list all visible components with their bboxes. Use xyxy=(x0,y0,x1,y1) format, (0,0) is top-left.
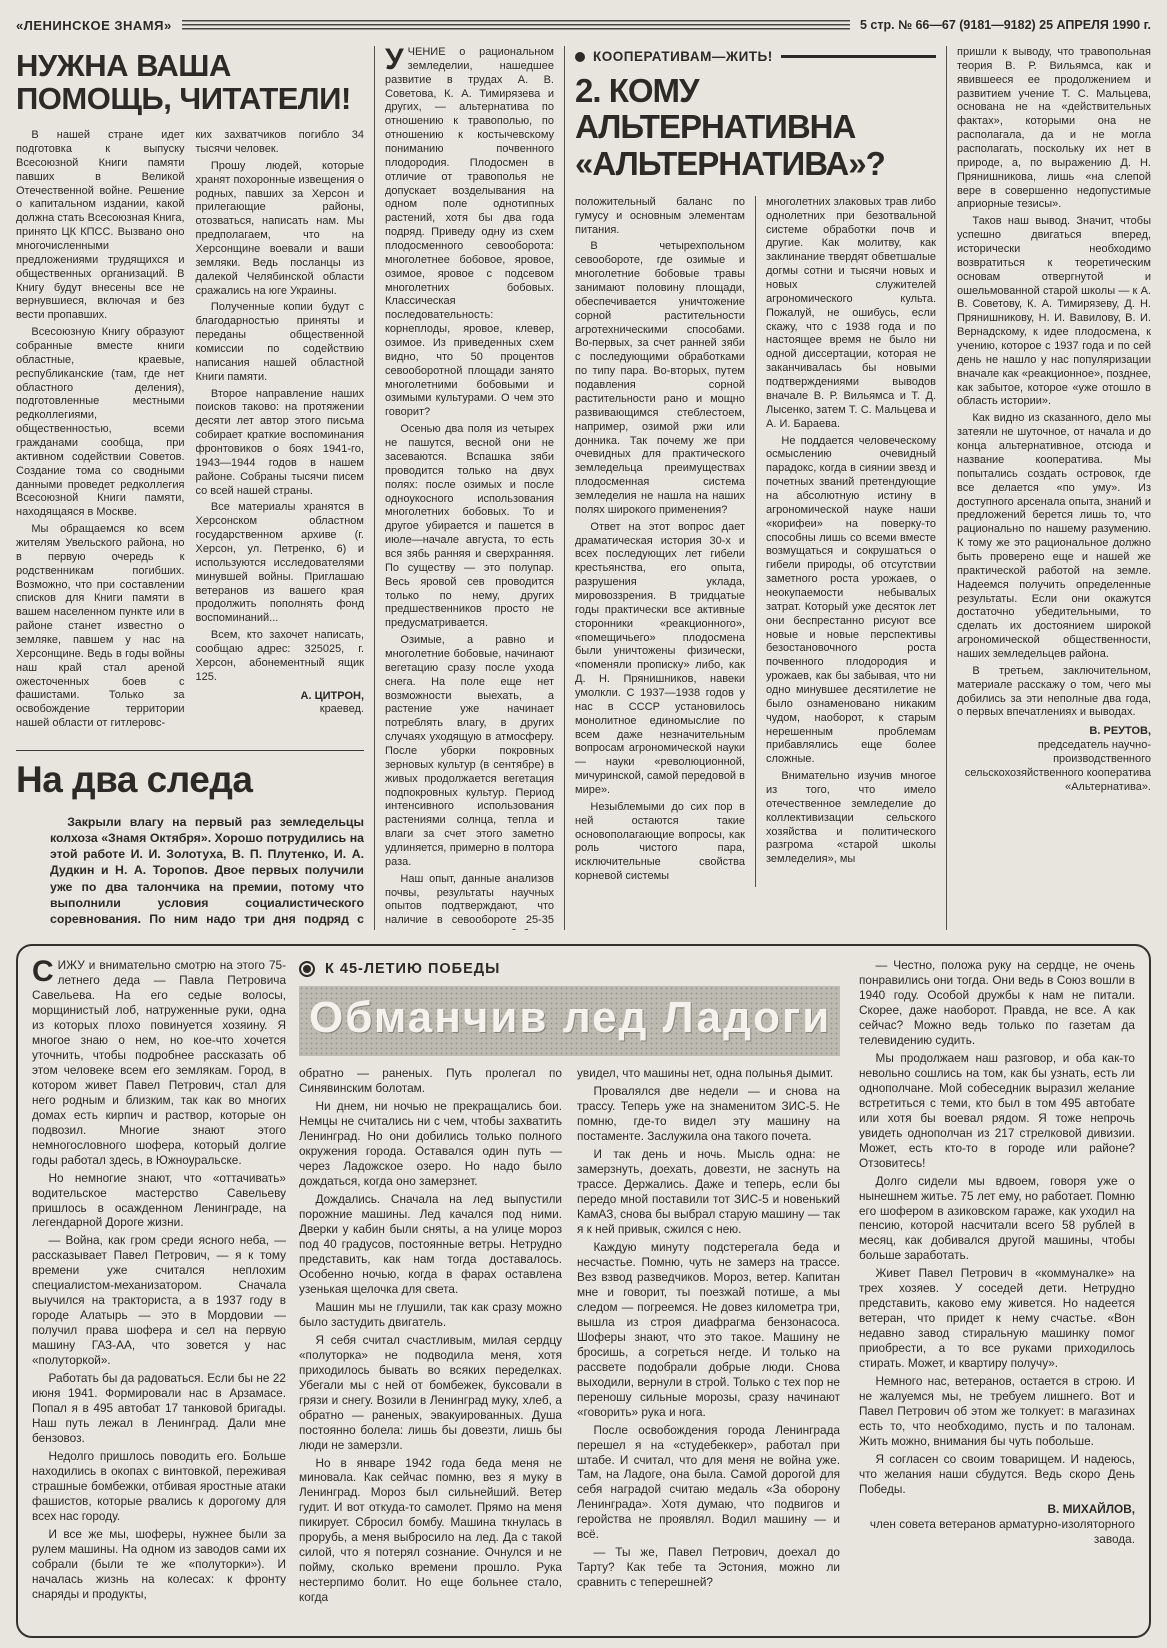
dropcap-letter: У xyxy=(385,46,408,73)
article-alt-col3: многолетних злаковых трав либо однолетни… xyxy=(755,196,936,887)
article-help-col2-text: ких захватчиков погибло 34 тысячи челове… xyxy=(196,129,365,685)
paragraph: Машин мы не глушили, так как сразу можно… xyxy=(299,1300,562,1330)
lead-paragraph: УЧЕНИЕ о рациональном земледелии, нашедш… xyxy=(385,46,554,420)
article-sled-title: На два следа xyxy=(16,757,364,804)
page-info: 5 стр. № 66—67 (9181—9182) 25 АПРЕЛЯ 199… xyxy=(860,18,1151,32)
article-alt-kicker-label: КООПЕРАТИВАМ—ЖИТЬ! xyxy=(593,48,773,65)
article-lake-kicker: К 45-ЛЕТИЮ ПОБЕДЫ xyxy=(299,960,840,978)
paragraph: — Честно, положа руку на сердце, не очен… xyxy=(859,958,1135,1048)
article-alt-main: КООПЕРАТИВАМ—ЖИТЬ! 2. КОМУ АЛЬТЕРНАТИВНА… xyxy=(564,46,936,930)
masthead: «ЛЕНИНСКОЕ ЗНАМЯ» 5 стр. № 66—67 (9181—9… xyxy=(16,8,1151,42)
newspaper-nameplate: «ЛЕНИНСКОЕ ЗНАМЯ» xyxy=(16,18,172,33)
paragraph: ких захватчиков погибло 34 тысячи челове… xyxy=(196,129,365,157)
article-alt-col4: пришли к выводу, что травопольная теория… xyxy=(946,46,1151,930)
paragraph: Всесоюзную Книгу образуют собранные вмес… xyxy=(16,326,185,520)
signature-name: А. ЦИТРОН, xyxy=(301,690,364,702)
article-lake-middle: К 45-ЛЕТИЮ ПОБЕДЫ Обманчив лед Ладоги об… xyxy=(286,958,853,1624)
paragraph: — Война, как гром среди ясного неба, — р… xyxy=(32,1233,286,1368)
paragraph: Дождались. Сначала на лед выпустили поро… xyxy=(299,1192,562,1297)
paragraph: Недолго пришлось поводить его. Больше на… xyxy=(32,1449,286,1524)
paragraph: Всем, кто захочет написать, сообщаю адре… xyxy=(196,629,365,684)
article-alt-columns: положительный баланс по гумусу и основны… xyxy=(575,196,936,887)
paragraph: Я себя считал счастливым, милая сердцу «… xyxy=(299,1333,562,1453)
signature-role: краевед. xyxy=(320,703,364,715)
paragraph: Долго сидели мы вдвоем, говоря уже о нын… xyxy=(859,1174,1135,1264)
paragraph: И все же мы, шоферы, нужнее были за руле… xyxy=(32,1527,286,1602)
masthead-rule xyxy=(182,20,850,31)
dropcap-letter: С xyxy=(32,958,58,985)
paragraph: И так день и ночь. Мысль одна: не замерз… xyxy=(577,1147,840,1237)
paragraph: Второе направление наших поисков таково:… xyxy=(196,388,365,499)
paragraph: Но в январе 1942 года беда меня не минов… xyxy=(299,1456,562,1606)
article-help-col2: ких захватчиков погибло 34 тысячи челове… xyxy=(196,129,365,734)
paragraph: Каждую минуту подстерегала беда и несчас… xyxy=(577,1240,840,1420)
paragraph: Ответ на этот вопрос дает драматическая … xyxy=(575,521,745,798)
article-sled-body: Закрыли влагу на первый раз земледельцы … xyxy=(16,814,364,930)
article-lake-col2: обратно — раненых. Путь пролегал по Синя… xyxy=(299,1066,562,1608)
paragraph: Немного нас, ветеранов, остается в строю… xyxy=(859,1374,1135,1449)
article-alt-col4-text: пришли к выводу, что травопольная теория… xyxy=(957,46,1151,720)
paragraph: обратно — раненых. Путь пролегал по Синя… xyxy=(299,1066,562,1096)
article-help: НУЖНА ВАША ПОМОЩЬ, ЧИТАТЕЛИ! В нашей стр… xyxy=(16,46,364,930)
newspaper-page: «ЛЕНИНСКОЕ ЗНАМЯ» 5 стр. № 66—67 (9181—9… xyxy=(0,0,1167,1648)
article-help-col1: В нашей стране идет подготовка к выпуску… xyxy=(16,129,185,734)
paragraph: Не поддается человеческому осмыслению оч… xyxy=(766,435,936,768)
paragraph: Мы продолжаем наш разговор, и оба как-то… xyxy=(859,1051,1135,1171)
paragraph: После освобождения города Ленинграда пер… xyxy=(577,1423,840,1543)
paragraph: положительный баланс по гумусу и основны… xyxy=(575,196,745,238)
paragraph: В третьем, заключительном, материале рас… xyxy=(957,665,1151,720)
article-lake: СИЖУ и внимательно смотрю на этого 75-ле… xyxy=(16,944,1151,1638)
article-alt-kicker: КООПЕРАТИВАМ—ЖИТЬ! xyxy=(575,48,936,65)
article-lake-col3: увидел, что машины нет, одна полынья дым… xyxy=(577,1066,840,1608)
lead-paragraph: СИЖУ и внимательно смотрю на этого 75-ле… xyxy=(32,958,286,1168)
paragraph: Но немногие знают, что «оттачивать» води… xyxy=(32,1171,286,1231)
article-sled: На два следа Закрыли влагу на первый раз… xyxy=(16,750,364,930)
article-lake-columns: обратно — раненых. Путь пролегал по Синя… xyxy=(299,1066,840,1608)
signature-role: член совета ветеранов арматурно-изолятор… xyxy=(870,1517,1135,1546)
article-alt-signature: В. РЕУТОВ, председатель научно-производс… xyxy=(957,725,1151,794)
article-alt-col1-text: Осенью два поля из четырех не пашутся, в… xyxy=(385,423,554,930)
article-lake-title: Обманчив лед Ладоги xyxy=(299,986,840,1056)
paragraph: Провалялся две недели — и снова на трасс… xyxy=(577,1084,840,1144)
paragraph: В четырехпольном севообороте, где озимые… xyxy=(575,240,745,517)
paragraph: многолетних злаковых трав либо однолетни… xyxy=(766,196,936,432)
lead-text: ЧЕНИЕ о рациональном земледелии, нашедше… xyxy=(385,46,554,418)
article-alt-col2: положительный баланс по гумусу и основны… xyxy=(575,196,745,887)
paragraph: Работать бы да радоваться. Если бы не 22… xyxy=(32,1371,286,1446)
paragraph: Все материалы хранятся в Херсонском обла… xyxy=(196,501,365,626)
article-lake-col4: — Честно, положа руку на сердце, не очен… xyxy=(853,958,1135,1624)
article-help-columns: В нашей стране идет подготовка к выпуску… xyxy=(16,129,364,734)
paragraph: Как видно из сказанного, дело мы затеяли… xyxy=(957,412,1151,661)
paragraph: Таков наш вывод. Значит, чтобы успешно д… xyxy=(957,215,1151,409)
article-help-signature: А. ЦИТРОН, краевед. xyxy=(196,690,365,718)
article-alt-title: 2. КОМУ АЛЬТЕРНАТИВНА «АЛЬТЕРНАТИВА»? xyxy=(575,73,936,182)
signature-name: В. РЕУТОВ, xyxy=(1089,725,1151,737)
paragraph: Ни днем, ни ночью не прекращались бои. Н… xyxy=(299,1099,562,1189)
paragraph: Озимые, а равно и многолетние бобовые, н… xyxy=(385,634,554,870)
article-lake-col4-text: — Честно, положа руку на сердце, не очен… xyxy=(859,958,1135,1497)
paragraph: пришли к выводу, что травопольная теория… xyxy=(957,46,1151,212)
paragraph: увидел, что машины нет, одна полынья дым… xyxy=(577,1066,840,1081)
paragraph: Закрыли влагу на первый раз земледельцы … xyxy=(50,814,364,930)
bullet-icon xyxy=(299,961,315,977)
paragraph: Наш опыт, данные анализов почвы, результ… xyxy=(385,873,554,930)
signature-name: В. МИХАЙЛОВ, xyxy=(1048,1502,1136,1516)
paragraph: Живет Павел Петрович в «коммуналке» на т… xyxy=(859,1266,1135,1371)
paragraph: Я согласен со своим товарищем. И надеюсь… xyxy=(859,1452,1135,1497)
article-lake-kicker-label: К 45-ЛЕТИЮ ПОБЕДЫ xyxy=(325,960,500,978)
bullet-icon xyxy=(575,52,585,62)
paragraph: Незыблемыми до сих пор в ней остаются та… xyxy=(575,801,745,884)
article-help-title: НУЖНА ВАША ПОМОЩЬ, ЧИТАТЕЛИ! xyxy=(16,50,364,115)
article-alt-col1: УЧЕНИЕ о рациональном земледелии, нашедш… xyxy=(374,46,554,930)
paragraph: Полученные копии будут с благодарностью … xyxy=(196,301,365,384)
paragraph: — Ты же, Павел Петрович, доехал до Тарту… xyxy=(577,1545,840,1590)
paragraph: Прошу людей, которые хранят похоронные и… xyxy=(196,160,365,299)
lead-text: ИЖУ и внимательно смотрю на этого 75-лет… xyxy=(32,958,286,1167)
signature-role: председатель научно-производственного се… xyxy=(965,739,1151,793)
paragraph: Внимательно изучив многое из того, что и… xyxy=(766,770,936,867)
paragraph: Осенью два поля из четырех не пашутся, в… xyxy=(385,423,554,631)
paragraph: Мы обращаемся ко всем жителям Увельского… xyxy=(16,523,185,731)
paragraph: В нашей стране идет подготовка к выпуску… xyxy=(16,129,185,323)
article-lake-signature: В. МИХАЙЛОВ, член совета ветеранов армат… xyxy=(859,1502,1135,1547)
kicker-rule xyxy=(781,55,936,58)
top-section: НУЖНА ВАША ПОМОЩЬ, ЧИТАТЕЛИ! В нашей стр… xyxy=(16,46,1151,930)
article-lake-col1: СИЖУ и внимательно смотрю на этого 75-ле… xyxy=(32,958,286,1624)
article-lake-col1-text: Но немногие знают, что «оттачивать» води… xyxy=(32,1171,286,1602)
